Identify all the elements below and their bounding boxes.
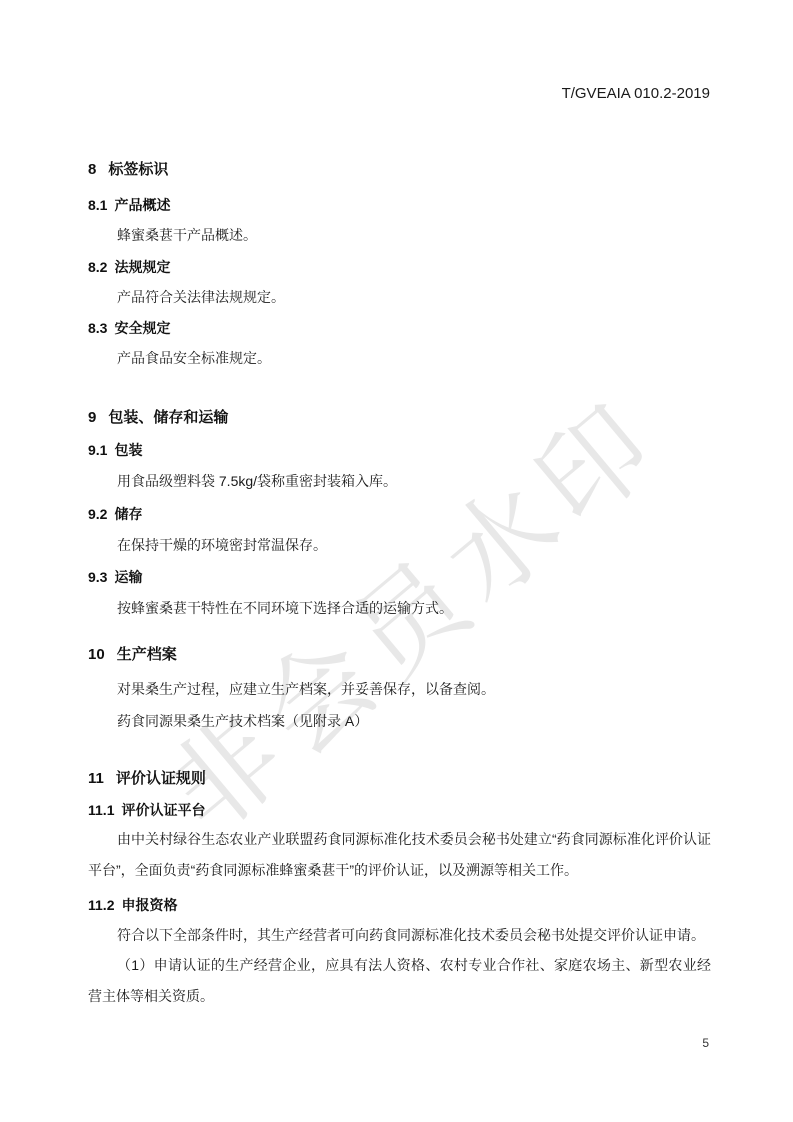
- section-number: 8.3: [88, 320, 107, 336]
- paragraph: 由中关村绿谷生态农业产业联盟药食同源标准化技术委员会秘书处建立“药食同源标准化评…: [88, 824, 711, 886]
- section-title: 运输: [114, 569, 142, 585]
- section-title: 包装: [114, 442, 142, 458]
- page-number: 5: [702, 1036, 709, 1050]
- section-title: 评价认证平台: [121, 802, 205, 818]
- paragraph: 对果桑生产过程，应建立生产档案，并妥善保存，以备查阅。: [88, 679, 711, 699]
- subsection-heading-8-1: 8.1产品概述: [88, 195, 711, 215]
- subsection-heading-9-1: 9.1包装: [88, 440, 711, 460]
- section-heading-8: 8标签标识: [88, 160, 711, 180]
- section-heading-10: 10生产档案: [88, 645, 711, 665]
- section-number: 9.2: [88, 506, 107, 522]
- section-title: 储存: [114, 506, 142, 522]
- section-number: 9.1: [88, 442, 107, 458]
- section-title: 包装、储存和运输: [108, 409, 228, 426]
- section-number: 9.3: [88, 569, 107, 585]
- subsection-heading-11-2: 11.2申报资格: [88, 895, 711, 915]
- section-number: 11.1: [88, 802, 114, 818]
- subsection-heading-11-1: 11.1评价认证平台: [88, 800, 711, 820]
- section-title: 评价认证规则: [116, 770, 206, 787]
- section-title: 产品概述: [114, 197, 170, 213]
- subsection-heading-9-2: 9.2储存: [88, 504, 711, 524]
- subsection-heading-8-2: 8.2法规规定: [88, 257, 711, 277]
- section-number: 8.2: [88, 259, 107, 275]
- section-title: 标签标识: [108, 161, 168, 178]
- paragraph: 药食同源果桑生产技术档案（见附录 A）: [88, 711, 711, 731]
- subsection-heading-9-3: 9.3运输: [88, 567, 711, 587]
- document-content: 8标签标识 8.1产品概述 蜂蜜桑葚干产品概述。 8.2法规规定 产品符合关法律…: [0, 0, 793, 1122]
- section-number: 8.1: [88, 197, 107, 213]
- paragraph: （1）申请认证的生产经营企业，应具有法人资格、农村专业合作社、家庭农场主、新型农…: [88, 950, 711, 1012]
- paragraph: 蜂蜜桑葚干产品概述。: [88, 225, 711, 245]
- paragraph: 用食品级塑料袋 7.5kg/袋称重密封装箱入库。: [88, 471, 711, 491]
- section-number: 11.2: [88, 897, 114, 913]
- section-number: 9: [88, 409, 96, 426]
- section-title: 法规规定: [114, 259, 170, 275]
- section-title: 申报资格: [121, 897, 177, 913]
- section-number: 8: [88, 161, 96, 178]
- section-number: 10: [88, 646, 105, 663]
- document-page: 非会员水印 T/GVEAIA 010.2-2019 8标签标识 8.1产品概述 …: [0, 0, 793, 1122]
- subsection-heading-8-3: 8.3安全规定: [88, 318, 711, 338]
- section-title: 生产档案: [117, 646, 177, 663]
- section-title: 安全规定: [114, 320, 170, 336]
- paragraph: 产品食品安全标准规定。: [88, 348, 711, 368]
- section-heading-9: 9包装、储存和运输: [88, 408, 711, 428]
- section-heading-11: 11评价认证规则: [88, 769, 711, 789]
- paragraph: 在保持干燥的环境密封常温保存。: [88, 535, 711, 555]
- paragraph: 按蜂蜜桑葚干特性在不同环境下选择合适的运输方式。: [88, 598, 711, 618]
- paragraph: 产品符合关法律法规规定。: [88, 287, 711, 307]
- paragraph: 符合以下全部条件时，其生产经营者可向药食同源标准化技术委员会秘书处提交评价认证申…: [88, 925, 711, 945]
- section-number: 11: [88, 770, 104, 787]
